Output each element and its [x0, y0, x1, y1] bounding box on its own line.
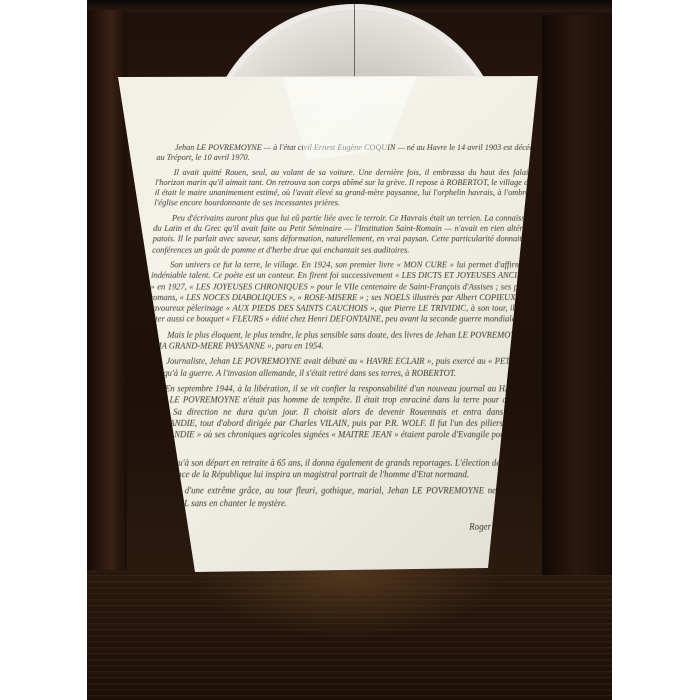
paragraph-retirement: Jusqu'à son départ en retraite à 65 ans,…	[142, 457, 552, 481]
signature: Roger PARMENT	[140, 521, 555, 533]
paragraph-works: Son univers ce fut la terre, le village.…	[149, 260, 545, 326]
back-cover-text: Jehan LE POVREMOYNE — à l'état civil Ern…	[139, 143, 554, 538]
paragraph-terroir: Peu d'écrivains auront plus que lui eû p…	[152, 213, 542, 256]
paragraph-death: Il avait quitté Rouen, seul, au volant d…	[154, 167, 540, 209]
book-photo: Jehan LE POVREMOYNE — à l'état civil Ern…	[87, 0, 612, 700]
plate-crack	[354, 4, 355, 78]
wooden-shelf	[87, 575, 612, 700]
paragraph-grand-mere: Mais le plus éloquent, le plus tendre, l…	[148, 330, 547, 352]
cabinet-right-frame	[542, 15, 612, 575]
paragraph-poet: Poète d'une extrême grâce, au tour fleur…	[141, 486, 554, 510]
paragraph-liberation: En septembre 1944, à la libération, il s…	[143, 384, 551, 453]
paragraph-journalist: Journaliste, Jehan LE POVREMOYNE avait d…	[146, 357, 547, 380]
